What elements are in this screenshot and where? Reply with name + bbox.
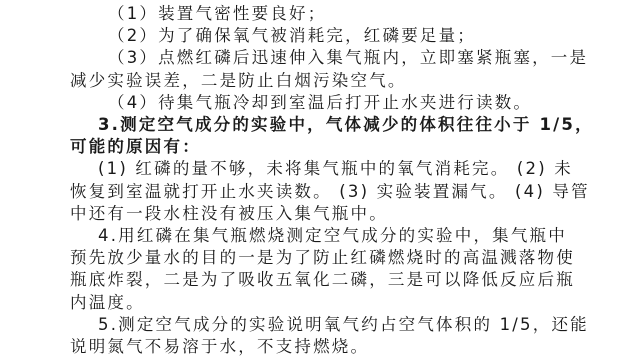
point-5-line-2: 说明氮气不易溶于水，不支持燃烧。 — [70, 337, 369, 357]
note-3-ignite-and-seal: （3）点燃红磷后迅速伸入集气瓶内，立即塞紧瓶塞，一是 — [108, 48, 588, 68]
point-3-heading-continued: 可能的原因有： — [70, 137, 201, 157]
point-4-line-4: 内温度。 — [70, 293, 145, 313]
point-5-line-1: 5.测定空气成分的实验说明氧气约占空气体积的 1/5，还能 — [98, 315, 589, 335]
note-4-cool-before-reading: （4）待集气瓶冷却到室温后打开止水夹进行读数。 — [108, 93, 532, 113]
point-3-reasons-line-3: 中还有一段水柱没有被压入集气瓶中。 — [70, 204, 388, 224]
point-3-reasons-line-2: 恢复到室温就打开止水夹读数。 (3) 实验装置漏气。 (4) 导管 — [70, 182, 590, 202]
point-3-reasons-line-1: (1) 红磷的量不够，未将集气瓶中的氧气消耗完。 (2) 未 — [98, 159, 573, 179]
note-1-airtightness: （1）装置气密性要良好； — [108, 4, 326, 24]
point-3-heading: 3.测定空气成分的实验中，气体减少的体积往往小于 1/5， — [98, 115, 594, 135]
point-4-line-1: 4.用红磷在集气瓶燃烧测定空气成分的实验中，集气瓶中 — [98, 226, 567, 246]
note-2-excess-phosphorus: （2）为了确保氧气被消耗完，红磷要足量； — [108, 26, 476, 46]
note-3-continued: 减少实验误差，二是防止白烟污染空气。 — [70, 71, 407, 91]
point-4-line-2: 预先放少量水的目的一是为了防止红磷燃烧时的高温溅落物使 — [70, 248, 575, 268]
point-4-line-3: 瓶底炸裂，二是为了吸收五氧化二磷，三是可以降低反应后瓶 — [70, 270, 575, 290]
